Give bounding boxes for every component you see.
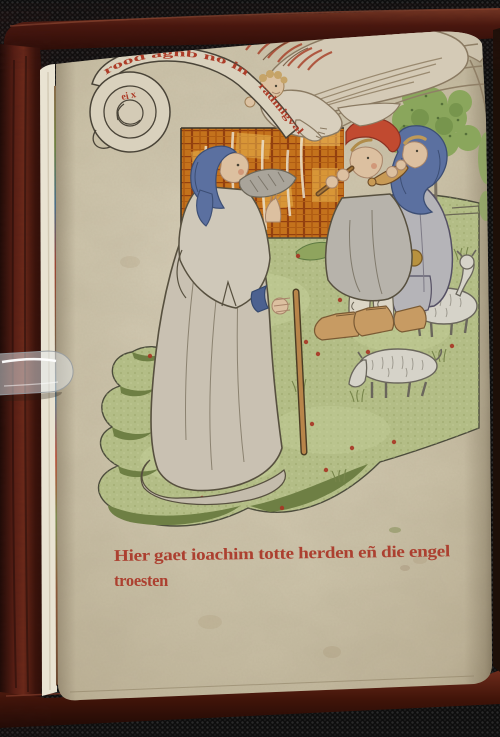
manuscript-photo: rood agnb no in radmigval ei x Hier gaet… <box>0 0 500 737</box>
caption-line-2: troesten <box>114 571 168 590</box>
manuscript-scene: rood agnb no in radmigval ei x Hier gaet… <box>0 0 500 737</box>
grey-tunic <box>326 194 412 301</box>
binding-right-edge <box>493 28 500 672</box>
